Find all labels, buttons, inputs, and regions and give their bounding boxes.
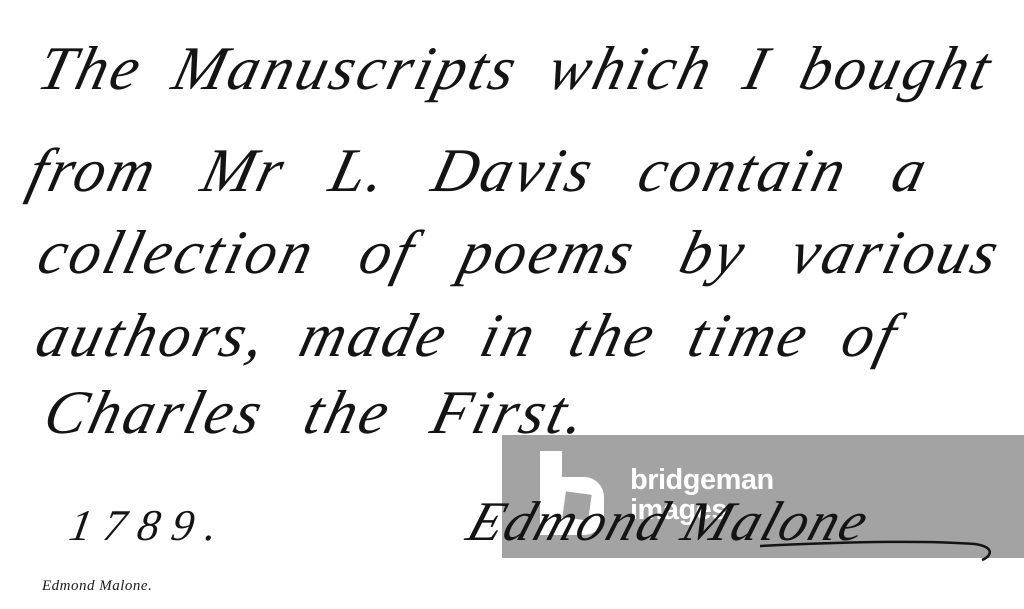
signature-flourish-icon [760, 538, 1000, 562]
handwritten-line-3: collection of poems by various [32, 222, 1007, 284]
handwritten-line-4: authors, made in the time of [30, 305, 905, 367]
printed-name-caption: Edmond Malone. [42, 578, 152, 595]
handwritten-line-2: from Mr L. Davis contain a [22, 140, 935, 202]
handwritten-year: 1789. [66, 500, 234, 551]
handwritten-line-1: The Manuscripts which I bought [32, 38, 999, 100]
manuscript-page: The Manuscripts which I bought from Mr L… [0, 0, 1024, 609]
